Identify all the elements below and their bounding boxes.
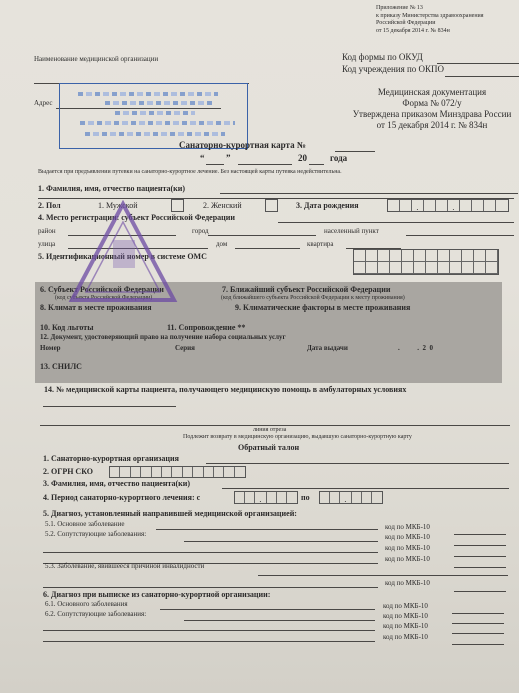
approved-date: от 15 декабря 2014 г. № 834н xyxy=(352,120,512,131)
apartment-label: квартира xyxy=(307,240,334,248)
discharge-comorbid-field-1[interactable] xyxy=(184,620,375,621)
icd-field[interactable] xyxy=(454,567,506,568)
house-label: дом xyxy=(216,240,227,248)
okpo-field[interactable] xyxy=(445,76,519,77)
med-card-number-field[interactable] xyxy=(43,406,176,407)
discharge-comorbid-field-3[interactable] xyxy=(43,641,375,642)
period-to-cells[interactable] xyxy=(319,491,383,504)
talon-5-label: 5. Диагноз, установленный направившей ме… xyxy=(43,509,297,518)
appendix-line: Российской Федерации xyxy=(376,20,484,28)
date-month-field[interactable] xyxy=(238,164,292,165)
date-year-field[interactable] xyxy=(309,164,324,165)
series-label: Серия xyxy=(175,344,195,352)
city-field[interactable] xyxy=(208,235,316,236)
issue-date-label: Дата выдачи xyxy=(307,344,348,352)
field-12-label: 12. Документ, удостоверяющий право на по… xyxy=(40,333,286,341)
comorbid-field-1[interactable] xyxy=(184,541,378,542)
settlement-field[interactable] xyxy=(406,235,514,236)
icd-label: код по МКБ-10 xyxy=(383,612,428,620)
field-7-label: 7. Ближайший субъект Российской Федераци… xyxy=(222,285,390,294)
disability-disease-field-2[interactable] xyxy=(43,587,378,588)
field-7-note: (код ближайшего субъекта Российской Феде… xyxy=(221,295,405,301)
icd-field[interactable] xyxy=(454,556,506,557)
icd-field[interactable] xyxy=(454,591,506,592)
city-label: город xyxy=(192,227,209,235)
field-3-label: 3. Дата рождения xyxy=(296,201,359,210)
icd-label: код по МКБ-10 xyxy=(385,544,430,552)
sanatorium-field[interactable] xyxy=(206,463,509,464)
field-2-label: 2. Пол xyxy=(38,201,61,210)
okpo-label: Код учреждения по ОКПО xyxy=(342,64,444,74)
field-9-label: 9. Климатические факторы в месте прожива… xyxy=(235,303,410,312)
card-number-field[interactable] xyxy=(335,151,375,152)
date-open-quote: “ xyxy=(200,153,205,163)
talon-6-label: 6. Диагноз при выписке из санаторно-куро… xyxy=(43,590,270,599)
icd-field[interactable] xyxy=(454,545,506,546)
appendix-line: к приказу Министерства здравоохранения xyxy=(376,13,484,21)
org-name-label: Наименование медицинской организации xyxy=(34,55,158,63)
icd-field[interactable] xyxy=(452,633,504,634)
talon-1-label: 1. Санаторно-курортная организация xyxy=(43,454,179,463)
discharge-main-disease-field[interactable] xyxy=(160,609,375,610)
oms-number-cells[interactable] xyxy=(353,249,499,275)
talon-5-2-label: 5.2. Сопутствующие заболевания: xyxy=(45,530,146,538)
house-field[interactable] xyxy=(235,248,300,249)
issue-note: Выдается при предъявлении путевки на сан… xyxy=(38,169,342,175)
cut-line-label: линия отреза xyxy=(253,427,286,433)
field-1-label: 1. Фамилия, имя, отчество пациента(ки) xyxy=(38,184,185,193)
med-doc-label: Медицинская документация xyxy=(352,87,512,98)
okud-field[interactable] xyxy=(437,63,519,64)
discharge-comorbid-field-2[interactable] xyxy=(43,630,375,631)
talon-6-2-label: 6.2. Сопутствующие заболевания: xyxy=(45,610,146,618)
female-checkbox[interactable] xyxy=(265,199,278,212)
return-talon-title: Обратный талон xyxy=(238,443,299,452)
appendix-line: от 15 декабря 2014 г. № 834н xyxy=(376,28,484,36)
approved-label: Утверждена приказом Минздрава России xyxy=(352,109,512,120)
talon-6-1-label: 6.1. Основного заболевания xyxy=(45,600,128,608)
talon-5-1-label: 5.1. Основное заболевание xyxy=(45,520,125,528)
icd-field[interactable] xyxy=(452,623,504,624)
issue-date-value: . . 2 0 xyxy=(398,344,433,352)
talon-5-3-label: 5.3. Заболевание, явившееся причиной инв… xyxy=(45,562,204,570)
appendix-line: Приложение № 13 xyxy=(376,5,484,13)
field-13-label: 13. СНИЛС xyxy=(40,362,82,371)
form-number: Форма № 072/у xyxy=(352,98,512,109)
icd-label: код по МКБ-10 xyxy=(383,633,428,641)
period-to-label: по xyxy=(301,493,310,502)
triangle-stamp-icon xyxy=(68,200,178,305)
street-label: улица xyxy=(38,240,55,248)
talon-2-label: 2. ОГРН СКО xyxy=(43,467,93,476)
comorbid-field-2[interactable] xyxy=(43,552,378,553)
icd-field[interactable] xyxy=(454,534,506,535)
ogrn-cells[interactable] xyxy=(109,466,246,478)
icd-label: код по МКБ-10 xyxy=(385,555,430,563)
number-label: Номер xyxy=(40,344,61,352)
district-label: район xyxy=(38,227,56,235)
region-field[interactable] xyxy=(278,222,514,223)
settlement-label: населенный пункт xyxy=(324,227,379,235)
talon-3-label: 3. Фамилия, имя, отчество пациента(ки) xyxy=(43,479,190,488)
date-close-quote: ” xyxy=(226,153,231,163)
icd-field[interactable] xyxy=(452,613,504,614)
icd-label: код по МКБ-10 xyxy=(385,523,430,531)
talon-patient-name-field[interactable] xyxy=(222,488,509,489)
female-label: 2. Женский xyxy=(203,201,242,210)
icd-label: код по МКБ-10 xyxy=(383,622,428,630)
icd-field[interactable] xyxy=(452,644,504,645)
date-day-field[interactable] xyxy=(206,164,224,165)
card-title: Санаторно-курортная карта № xyxy=(179,140,306,150)
disability-disease-field[interactable] xyxy=(258,575,508,576)
field-11-label: 11. Сопровождение ** xyxy=(167,323,245,332)
period-from-cells[interactable] xyxy=(234,491,298,504)
talon-4-label: 4. Период санаторно-курортного лечения: … xyxy=(43,493,200,502)
year-suffix: года xyxy=(330,153,347,163)
address-label: Адрес xyxy=(34,99,53,107)
form-page: Приложение № 13 к приказу Министерства з… xyxy=(0,0,519,693)
cut-line xyxy=(40,425,510,426)
field-10-label: 10. Код льготы xyxy=(40,323,93,332)
field-14-label: 14. № медицинской карты пациента, получа… xyxy=(44,385,406,394)
appendix-note: Приложение № 13 к приказу Министерства з… xyxy=(376,5,484,35)
year-prefix: 20 xyxy=(298,153,307,163)
icd-label: код по МКБ-10 xyxy=(385,533,430,541)
birth-date-cells[interactable] xyxy=(387,199,509,212)
okud-label: Код формы по ОКУД xyxy=(342,52,423,62)
icd-label: код по МКБ-10 xyxy=(385,579,430,587)
patient-name-field[interactable] xyxy=(220,193,518,194)
main-disease-field[interactable] xyxy=(156,529,378,530)
icd-label: код по МКБ-10 xyxy=(383,602,428,610)
form-info: Медицинская документация Форма № 072/у У… xyxy=(352,87,512,131)
return-note: Подлежит возврату в медицинскую организа… xyxy=(183,434,412,440)
